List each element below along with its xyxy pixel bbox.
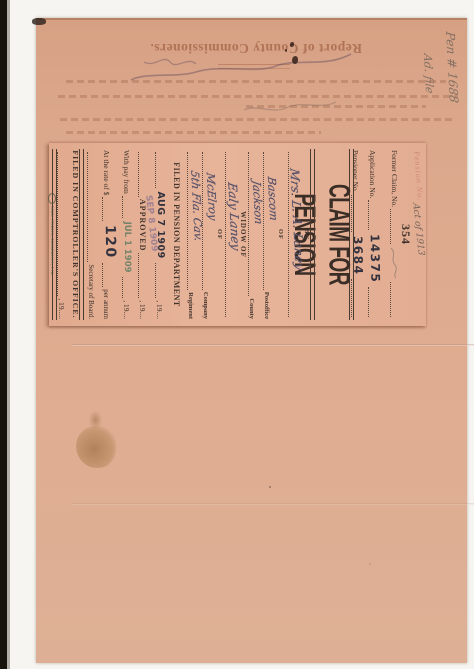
ink-blot: [285, 49, 287, 52]
of-label: OF: [277, 229, 284, 240]
company-label: Company: [202, 292, 209, 319]
comptroller-label: FILED IN COMPTROLLER'S OFFICE.: [71, 150, 80, 318]
ink-blot: [290, 42, 294, 47]
dotted-leader: [102, 197, 106, 221]
scanner-edge-shadow: [7, 0, 10, 669]
pay-from-label: With pay from: [122, 150, 131, 194]
dotted-leader: [390, 209, 394, 244]
company-handwriting: McElroy: [204, 172, 219, 222]
pencil-annotation-block: Pen # 1688 Ad. file: [405, 28, 463, 146]
final-date-row: , 19.....: [57, 150, 69, 319]
former-claim-row: Former Claim, No.: [390, 150, 399, 319]
filed-pension-row: FILED IN PENSION DEPARTMENT: [172, 150, 181, 319]
dotted-leader: [368, 200, 372, 230]
secretary-row: Secretary of Board.: [87, 150, 100, 319]
pay-from-row: With pay from JUL 1 1909 , 19....: [122, 150, 135, 319]
rate-value-stamp: 120: [102, 225, 119, 259]
corner-ink-mark: [32, 18, 46, 25]
county-label: County: [248, 298, 255, 319]
paper-stain-small: [89, 411, 102, 429]
document-paper: Report of County Commissioners. Pen # 16…: [36, 18, 467, 663]
of-row-2: OF: [216, 150, 223, 319]
final-date-suffix: , 19.....: [57, 298, 66, 319]
application-label: Application No.: [368, 150, 377, 198]
dotted-leader: [155, 152, 159, 188]
double-rule: [310, 149, 315, 320]
dotted-leader: [87, 152, 91, 262]
dotted-leader: [102, 263, 106, 287]
faint-pencil-entry: [389, 246, 399, 280]
ink-blot: [292, 56, 298, 64]
rate-row: At the rate of $ 120 per annum: [102, 150, 119, 319]
secretary-label: Secretary of Board.: [87, 264, 95, 319]
dotted-leader: [122, 277, 126, 299]
rate-prefix: At the rate of $: [102, 150, 111, 195]
card-rotated-content: Pension No. Act of 1913 354 Former Claim…: [49, 143, 426, 326]
paper-stain: [76, 426, 116, 468]
postoffice-handwriting: Bascom: [265, 176, 280, 222]
dotted-leader: [248, 152, 252, 296]
county-row: County: [248, 150, 261, 319]
imprint-row: State Printer, Tallahassee, Fla.: [49, 150, 55, 319]
regiment-label: Regiment: [187, 292, 194, 319]
printer-seal-icon: [48, 193, 56, 204]
former-claim-label: Former Claim, No.: [390, 150, 399, 207]
filed-year-suffix: , 19....: [155, 300, 164, 319]
filed-pension-label: FILED IN PENSION DEPARTMENT: [172, 162, 181, 306]
pension-claim-card: Pension No. Act of 1913 354 Former Claim…: [49, 143, 426, 326]
dotted-leader: [368, 287, 372, 317]
dotted-leader: [122, 196, 126, 218]
dotted-leader: [57, 152, 61, 296]
comptroller-row: FILED IN COMPTROLLER'S OFFICE.: [71, 150, 80, 319]
of-label: OF: [216, 229, 223, 240]
fold-crease: [72, 344, 474, 346]
form-number: 354: [398, 224, 413, 245]
dotted-leader: [138, 152, 142, 197]
dotted-leader: [390, 282, 394, 317]
bleed-text-line: [60, 118, 455, 121]
county-handwriting: Jackson: [250, 180, 265, 226]
pencil-note-1: Pen # 1688: [443, 31, 461, 104]
pay-year-suffix: , 19....: [122, 300, 131, 319]
fold-crease: [72, 503, 474, 505]
scanner-edge-strip: [0, 0, 7, 669]
of-row-1: OF: [277, 150, 284, 319]
rate-suffix: per annum: [102, 289, 110, 319]
dotted-leader: [155, 263, 159, 299]
bleed-text-line: [66, 131, 321, 134]
printer-imprint: State Printer, Tallahassee, Fla.: [50, 206, 55, 276]
pay-from-date-stamp: JUL 1 1909: [122, 222, 132, 273]
application-row: Application No. 14375: [368, 150, 382, 319]
dotted-leader: [138, 253, 142, 298]
form-number-row: 354: [398, 150, 413, 319]
scanned-pension-document: Report of County Commissioners. Pen # 16…: [0, 0, 474, 669]
ink-speck: [369, 563, 371, 565]
mirrored-signature-squiggle: [126, 46, 356, 86]
application-number-stamp: 14375: [368, 234, 383, 283]
paper-top-edge: [36, 18, 467, 20]
approved-year-suffix: , 19....: [138, 300, 147, 319]
pension-no-stamp: Pension No.: [412, 151, 424, 202]
pencil-note-2: Ad. file: [421, 53, 436, 94]
ink-speck: [269, 486, 271, 488]
faint-pencil-squiggle: [241, 96, 341, 116]
postoffice-label: Postoffice: [263, 292, 270, 319]
